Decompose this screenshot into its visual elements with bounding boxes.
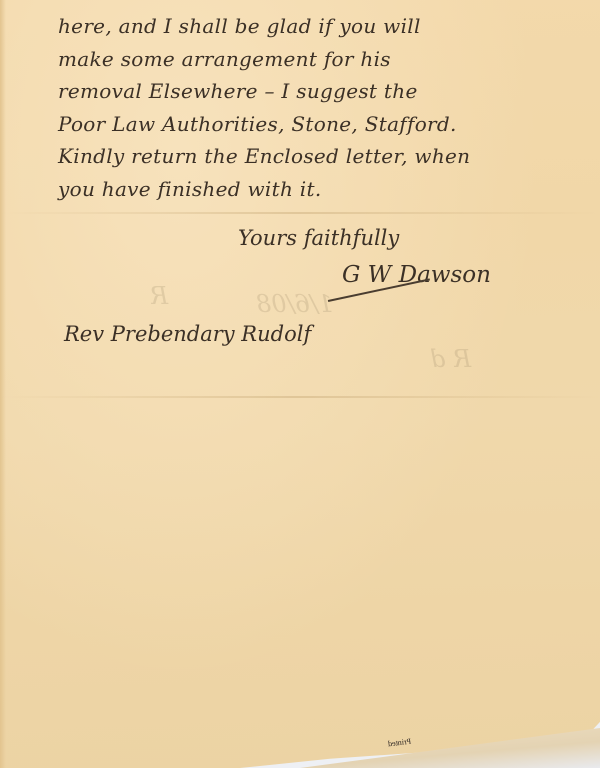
bleed-through-text: R d (430, 345, 471, 373)
body-line: removal Elsewhere – I suggest the (58, 75, 578, 108)
body-line: here, and I shall be glad if you will (58, 10, 578, 43)
fold-crease (0, 212, 600, 214)
body-line: Poor Law Authorities, Stone, Stafford. (58, 108, 578, 141)
bleed-through-text: 1/6/08 (256, 290, 333, 318)
bleed-through-text: R (150, 282, 168, 310)
body-line: you have finished with it. (58, 173, 578, 206)
paper-edge (0, 0, 6, 768)
signature: G W Dawson (342, 262, 491, 288)
fold-crease (0, 396, 600, 398)
letter-page: R 1/6/08 R d here, and I shall be glad i… (0, 0, 600, 768)
body-line: make some arrangement for his (58, 43, 578, 76)
addressee: Rev Prebendary Rudolf (64, 322, 311, 346)
letter-body: here, and I shall be glad if you will ma… (58, 10, 578, 205)
body-line: Kindly return the Enclosed letter, when (58, 140, 578, 173)
letter-closing: Yours faithfully (238, 226, 399, 250)
